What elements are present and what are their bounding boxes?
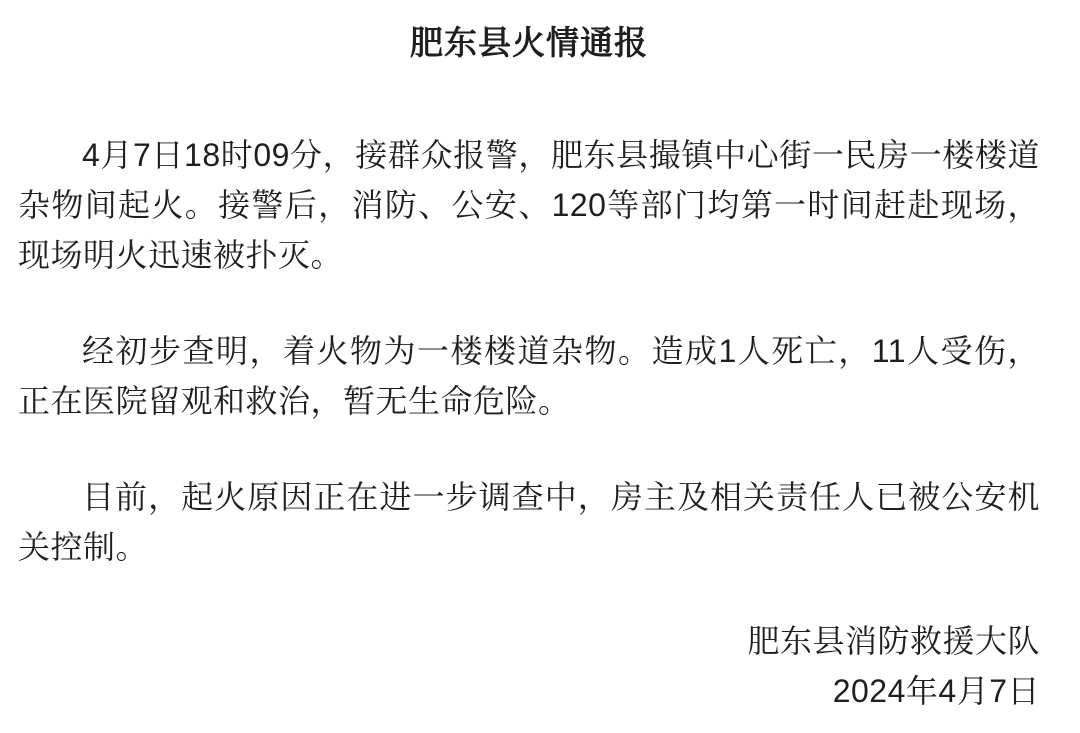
paragraph-incident-report: 4月7日18时09分，接群众报警，肥东县撮镇中心街一民房一楼楼道杂物间起火。接警… xyxy=(18,130,1040,280)
notice-content: 肥东县火情通报 4月7日18时09分，接群众报警，肥东县撮镇中心街一民房一楼楼道… xyxy=(0,0,1080,716)
page-title: 肥东县火情通报 xyxy=(18,18,1040,68)
paragraph-casualties: 经初步查明，着火物为一楼楼道杂物。造成1人死亡，11人受伤，正在医院留观和救治，… xyxy=(18,326,1040,426)
notice-page: 肥东县火情通报 4月7日18时09分，接群众报警，肥东县撮镇中心街一民房一楼楼道… xyxy=(0,0,1080,733)
paragraph-investigation: 目前，起火原因正在进一步调查中，房主及相关责任人已被公安机关控制。 xyxy=(18,472,1040,572)
issuer-signature: 肥东县消防救援大队 xyxy=(18,616,1040,666)
signature-block: 肥东县消防救援大队 2024年4月7日 xyxy=(18,616,1040,716)
issue-date: 2024年4月7日 xyxy=(18,666,1040,716)
